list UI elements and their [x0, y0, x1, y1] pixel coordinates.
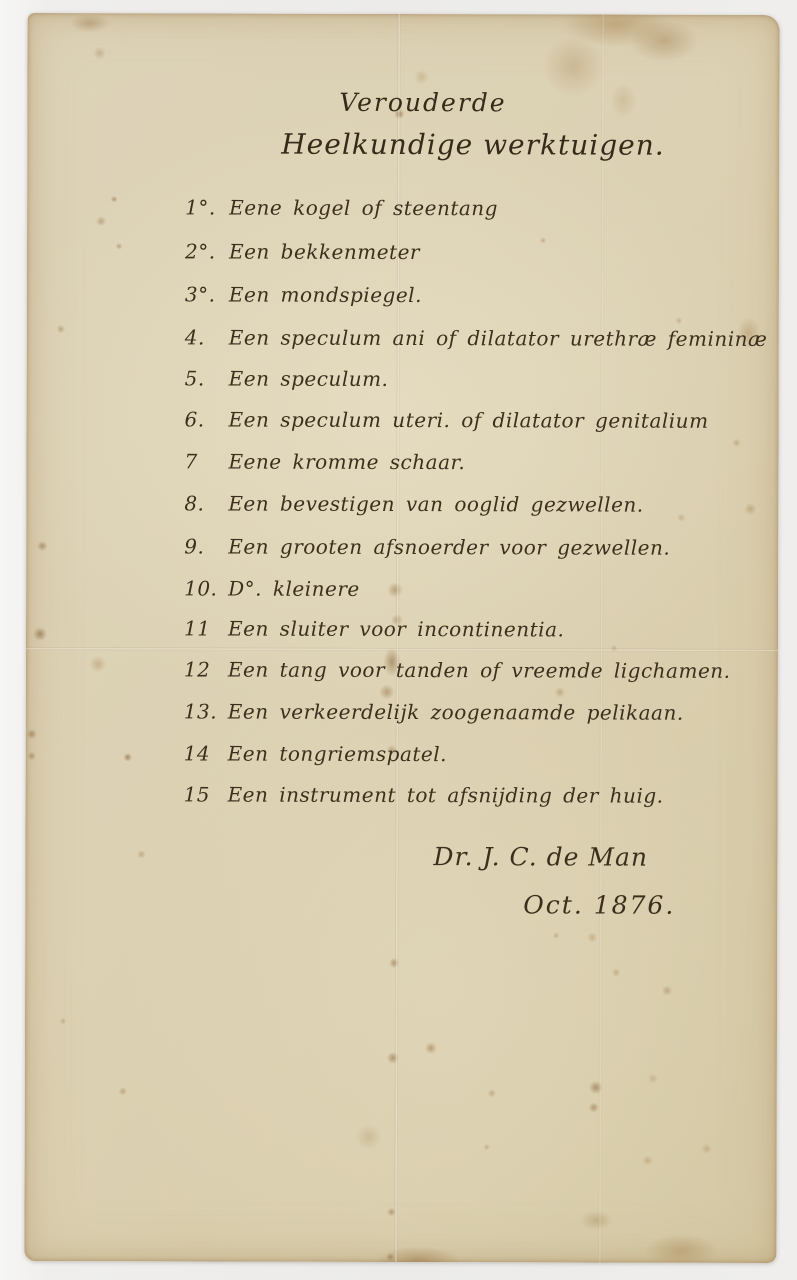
vertical-fold-crease-faint	[598, 15, 604, 1263]
item-text: Een mondspiegel.	[229, 283, 422, 308]
list-item-14: 14Een tongriemspatel.	[184, 741, 447, 766]
item-number: 15	[184, 782, 228, 806]
item-text: Een sluiter voor incontinentia.	[228, 617, 564, 642]
item-text: Een instrument tot afsnijding der huig.	[228, 783, 664, 808]
list-item-13: 13.Een verkeerdelijk zoogenaamde pelikaa…	[184, 699, 684, 724]
photo-background: Verouderde Heelkundige werktuigen. 1°.Ee…	[0, 0, 797, 1280]
list-item-8: 8.Een bevestigen van ooglid gezwellen.	[184, 491, 643, 516]
item-number: 11	[184, 616, 228, 640]
list-item-11: 11Een sluiter voor incontinentia.	[184, 616, 564, 641]
item-text: Een bevestigen van ooglid gezwellen.	[228, 492, 643, 517]
date: Oct. 1876.	[523, 890, 675, 919]
item-text: Een grooten afsnoerder voor gezwellen.	[228, 535, 670, 560]
list-item-12: 12Een tang voor tanden of vreemde ligcha…	[184, 657, 731, 682]
list-item-1: 1°.Eene kogel of steentang	[185, 195, 498, 220]
item-text: Een tang voor tanden of vreemde ligchame…	[228, 658, 731, 683]
list-item-4: 4.Een speculum ani of dilatator urethræ …	[185, 325, 768, 351]
list-item-7: 7Eene kromme schaar.	[184, 449, 465, 474]
list-item-6: 6.Een speculum uteri. of dilatator genit…	[185, 407, 709, 432]
list-item-2: 2°.Een bekkenmeter	[185, 239, 420, 264]
item-text: Eene kogel of steentang	[229, 196, 498, 221]
item-number: 10.	[184, 576, 228, 600]
item-text: Eene kromme schaar.	[228, 450, 465, 475]
list-item-10: 10.D°. kleinere	[184, 576, 360, 600]
list-item-9: 9.Een grooten afsnoerder voor gezwellen.	[184, 534, 670, 559]
item-text: Een bekkenmeter	[229, 240, 420, 265]
item-number: 12	[184, 657, 228, 681]
document-paper: Verouderde Heelkundige werktuigen. 1°.Ee…	[24, 13, 779, 1263]
signature: Dr. J. C. de Man	[433, 842, 648, 872]
item-number: 14	[184, 741, 228, 765]
item-number: 5.	[185, 366, 229, 390]
item-number: 1°.	[185, 195, 229, 219]
list-item-15: 15Een instrument tot afsnijding der huig…	[184, 782, 664, 807]
item-number: 13.	[184, 699, 228, 723]
item-number: 7	[184, 449, 228, 473]
document-title-line2: Heelkundige werktuigen.	[281, 128, 664, 162]
item-text: D°. kleinere	[228, 577, 360, 601]
item-text: Een tongriemspatel.	[228, 742, 447, 767]
item-number: 8.	[184, 491, 228, 515]
document-title-line1: Verouderde	[339, 88, 506, 117]
item-text: Een speculum uteri. of dilatator genital…	[229, 408, 709, 433]
item-number: 2°.	[185, 239, 229, 263]
item-number: 9.	[184, 534, 228, 558]
item-number: 3°.	[185, 282, 229, 306]
horizontal-fold-crease	[26, 647, 778, 652]
item-number: 6.	[185, 407, 229, 431]
item-text: Een speculum.	[229, 367, 389, 391]
item-text: Een speculum ani of dilatator urethræ fe…	[229, 326, 768, 351]
item-text: Een verkeerdelijk zoogenaamde pelikaan.	[228, 700, 684, 725]
list-item-3: 3°.Een mondspiegel.	[185, 282, 422, 307]
list-item-5: 5.Een speculum.	[185, 366, 389, 391]
item-number: 4.	[185, 325, 229, 349]
